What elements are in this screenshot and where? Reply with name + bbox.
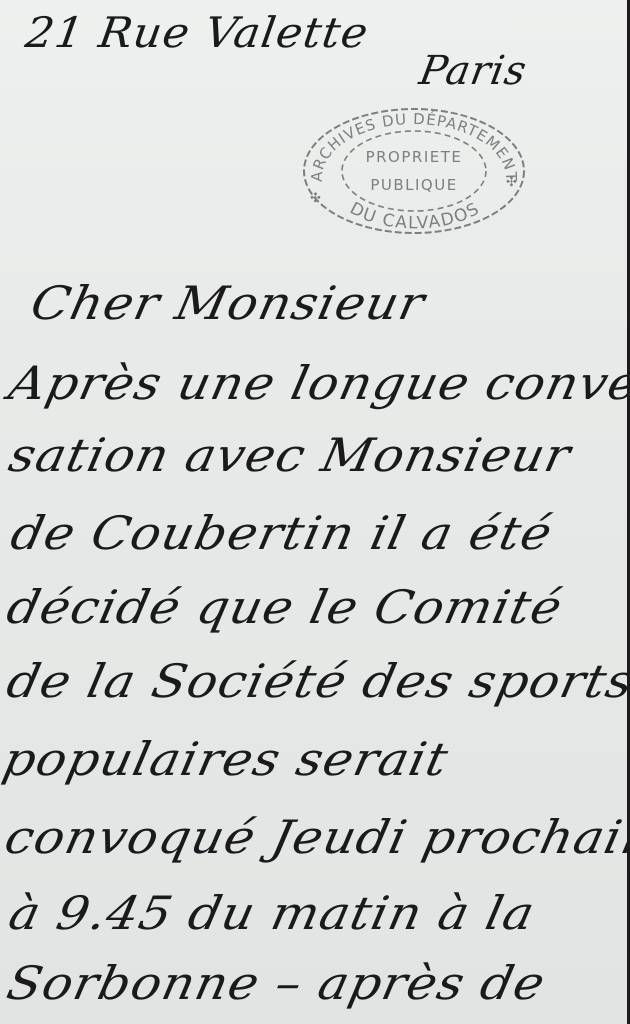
body-line: convoqué Jeudi prochain — [0, 810, 630, 864]
archive-stamp: ARCHIVES DU DÉPARTEMENT DU CALVADOS ✣ ✣ … — [300, 104, 528, 238]
letter-page: 21 Rue Valette Paris ARCHIVES DU DÉPARTE… — [0, 0, 627, 1024]
body-line: Sorbonne – après de — [2, 956, 550, 1010]
svg-text:DU CALVADOS: DU CALVADOS — [346, 199, 483, 234]
body-line: décidé que le Comité — [2, 580, 567, 634]
stamp-oval-icon: ARCHIVES DU DÉPARTEMENT DU CALVADOS ✣ ✣ — [300, 104, 528, 238]
stamp-top-arc: ARCHIVES DU DÉPARTEMENT — [308, 109, 520, 182]
stamp-bottom-arc: DU CALVADOS — [346, 199, 483, 234]
body-line: populaires serait — [0, 732, 454, 786]
stamp-center-line-2: PUBLIQUE — [300, 176, 528, 194]
svg-text:ARCHIVES DU DÉPARTEMENT: ARCHIVES DU DÉPARTEMENT — [308, 109, 520, 182]
body-line: à 9.45 du matin à la — [4, 886, 540, 940]
body-line: sation avec Monsieur — [4, 428, 576, 482]
stamp-center-line-1: PROPRIETE — [300, 148, 528, 166]
address-city: Paris — [416, 48, 531, 94]
salutation: Cher Monsieur — [26, 276, 430, 330]
body-line: Après une longue conver- — [4, 356, 630, 410]
body-line: de Coubertin il a été — [6, 506, 557, 560]
body-line: de la Société des sports — [2, 654, 630, 708]
address-street: 21 Rue Valette — [22, 8, 372, 57]
